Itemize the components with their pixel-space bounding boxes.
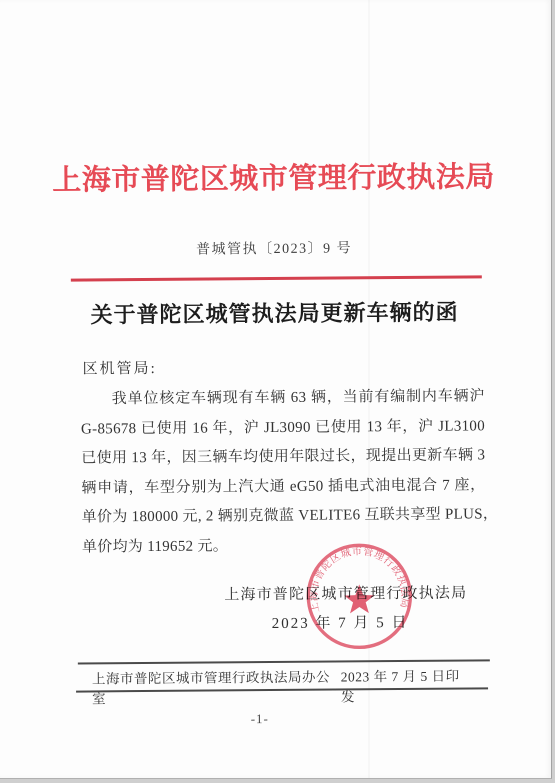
- official-seal-stamp: 上海市普陀区城市管理行政执法局: [302, 539, 417, 654]
- body-line: 单价为 180000 元, 2 辆别克微蓝 VELITE6 互联共享型 PLUS…: [82, 500, 486, 533]
- footer-rule-top: [78, 659, 490, 664]
- body-paragraph: 我单位核定车辆现有车辆 63 辆，当前有编制内车辆沪 G-85678 已使用 1…: [81, 382, 486, 562]
- letterhead-divider-rule: [71, 275, 482, 281]
- body-line: G-85678 已使用 16 年，沪 JL3090 已使用 13 年，沪 JL3…: [81, 412, 485, 445]
- body-line: 单价均为 119652 元。: [82, 530, 486, 563]
- scanned-letter-screenshot: { "letterhead": { "title": "上海市普陀区城市管理行政…: [0, 0, 555, 783]
- document-title: 关于普陀区城管执法局更新车辆的函: [0, 295, 550, 330]
- page-content: 上海市普陀区城市管理行政执法局 普城管执〔2023〕9 号 关于普陀区城管执法局…: [0, 0, 554, 780]
- footer-print-date: 2023 年 7 月 5 日印发: [341, 664, 472, 705]
- page-number: -1-: [2, 709, 517, 729]
- body-line: 辆申请，车型分别为上汽大通 eG50 插电式油电混合 7 座，: [81, 471, 485, 504]
- letterhead-title: 上海市普陀区城市管理行政执法局: [0, 154, 549, 199]
- body-line: 已使用 13 年，因三辆车均使用年限过长，现提出更新车辆 3: [81, 441, 485, 474]
- scanned-page: 上海市普陀区城市管理行政执法局 普城管执〔2023〕9 号 关于普陀区城管执法局…: [0, 0, 552, 779]
- footer-row: 上海市普陀区城市管理行政执法局办公室 2023 年 7 月 5 日印发: [92, 664, 472, 707]
- seal-star-icon: [344, 584, 375, 613]
- document-number: 普城管执〔2023〕9 号: [0, 236, 550, 260]
- body-line: 我单位核定车辆现有车辆 63 辆，当前有编制内车辆沪: [81, 382, 485, 415]
- footer-office: 上海市普陀区城市管理行政执法局办公室: [92, 665, 341, 707]
- salutation: 区机管局:: [82, 357, 156, 379]
